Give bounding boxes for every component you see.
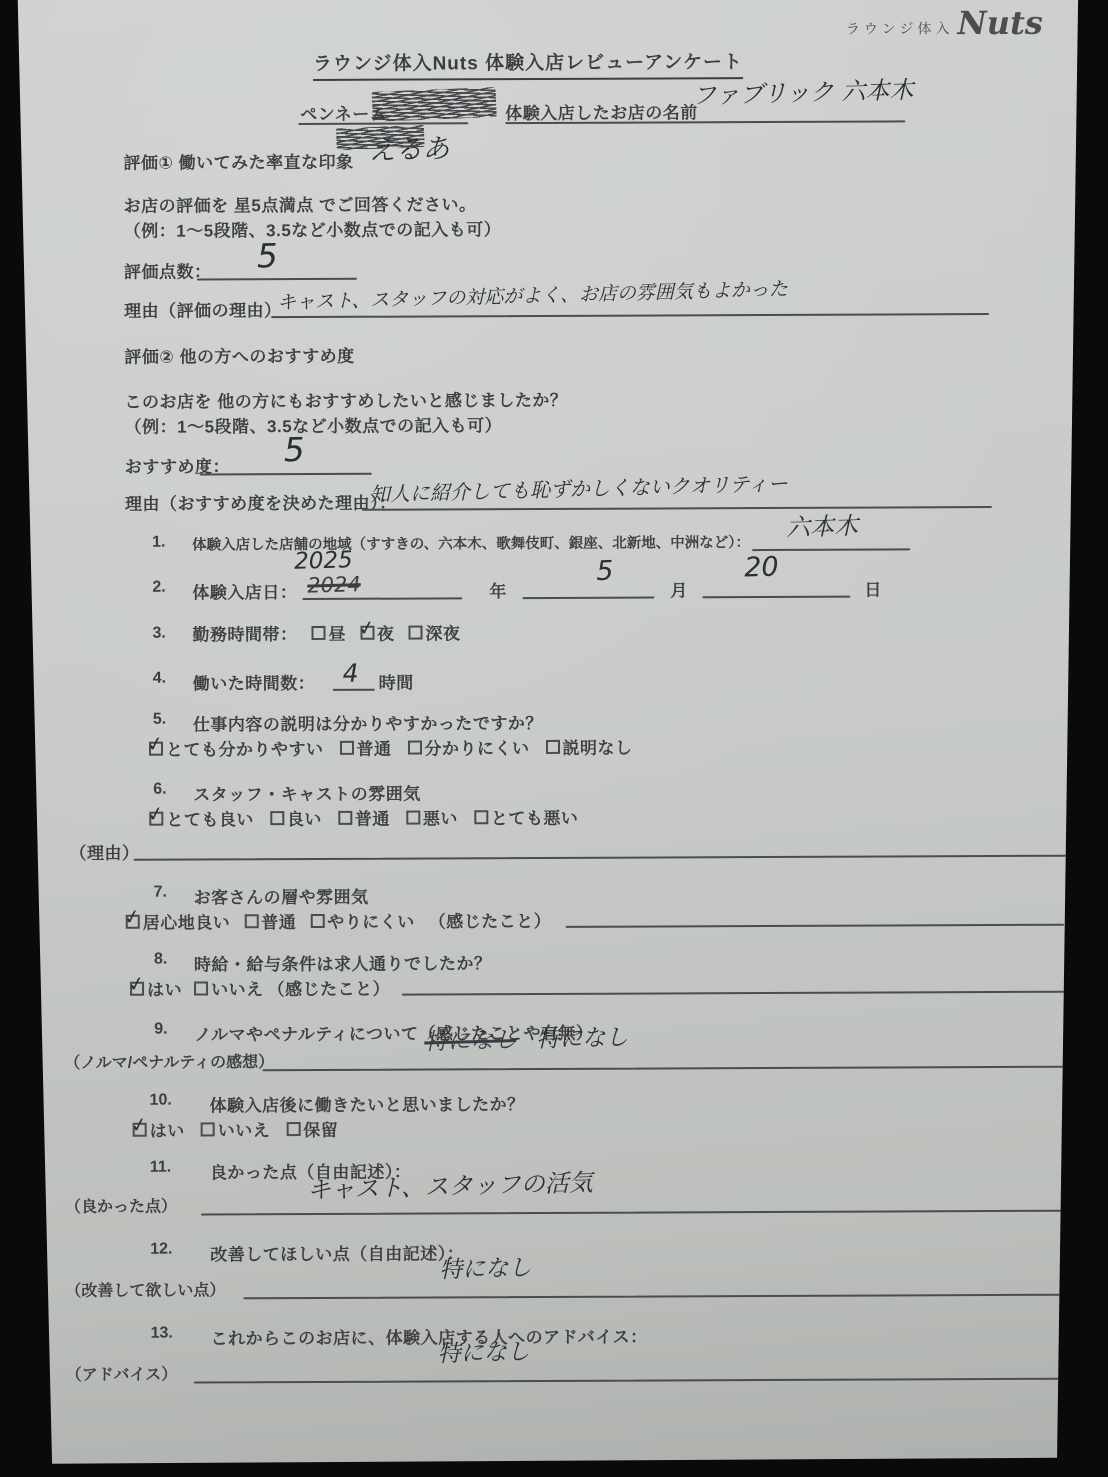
q6-option-1: ✓ 良い bbox=[270, 805, 322, 830]
checkbox-icon: ✓ bbox=[130, 981, 144, 995]
q2-year-handwriting: 2025 bbox=[294, 549, 353, 574]
q6-option-2: ✓ 普通 bbox=[338, 805, 390, 830]
q12-answer-handwriting: 特になし bbox=[439, 1257, 532, 1282]
store-name-line bbox=[505, 120, 905, 124]
q9-crossed-answer-handwriting: 特になし bbox=[424, 1029, 517, 1054]
q5-number: 5. bbox=[153, 711, 166, 729]
q10-options-row: ✓ はい ✓ いいえ ✓ 保留 bbox=[133, 1116, 339, 1142]
option-label: いいえ bbox=[218, 1116, 271, 1141]
q8-free-label: （感じたこと） bbox=[267, 975, 390, 1001]
q5-text: 仕事内容の説明は分かりやすかったですか？ bbox=[193, 709, 543, 736]
checkbox-icon: ✓ bbox=[311, 625, 325, 639]
option-label: 分かりにくい bbox=[424, 734, 529, 759]
checkmark-icon: ✓ bbox=[356, 614, 377, 642]
checkbox-icon: ✓ bbox=[406, 810, 420, 824]
q6-option-0: ✓ とても良い bbox=[149, 805, 254, 830]
q1-answer-handwriting: 六本木 bbox=[786, 514, 859, 540]
option-label: いいえ bbox=[211, 975, 264, 1000]
q13-text: これからこのお店に、体験入店する人へのアドバイス： bbox=[211, 1323, 648, 1350]
q12-text: 改善してほしい点（自由記述）： bbox=[210, 1239, 464, 1265]
q13-answer-line bbox=[194, 1378, 1106, 1384]
checkbox-icon: ✓ bbox=[474, 810, 488, 824]
q1-number: 1. bbox=[152, 534, 165, 552]
checkbox-icon: ✓ bbox=[270, 811, 284, 825]
q2-month-line bbox=[522, 596, 654, 599]
nuts-logo: ラウンジ体入 Nuts bbox=[846, 4, 1043, 43]
store-name-handwriting: ファブリック 六本木 bbox=[692, 78, 914, 108]
checkbox-icon: ✓ bbox=[149, 811, 163, 825]
reason2-label: 理由（おすすめ度を決めた理由）： bbox=[125, 489, 397, 515]
q8-options-row: ✓ はい ✓ いいえ （感じたこと） bbox=[130, 972, 1068, 1001]
checkbox-icon: ✓ bbox=[126, 914, 140, 928]
q3-option-night: ✓ 夜 bbox=[360, 620, 395, 645]
reason1-label: 理由（評価の理由） bbox=[124, 296, 282, 322]
option-label: 悪い bbox=[423, 804, 458, 829]
q12-answer-line bbox=[243, 1294, 1105, 1300]
q7-options-row: ✓ 居心地良い ✓ 普通 ✓ やりにくい （感じたこと） bbox=[126, 905, 1064, 934]
checkbox-icon: ✓ bbox=[360, 625, 374, 639]
option-label: 良い bbox=[287, 805, 322, 830]
option-label: 昼 bbox=[328, 620, 346, 645]
reason2-line bbox=[362, 506, 992, 511]
q13-number: 13. bbox=[151, 1325, 173, 1343]
option-label: 普通 bbox=[356, 735, 391, 760]
rating1-note: （例：1～5段階、3.5など小数点での記入も可） bbox=[124, 215, 502, 242]
option-label: とても分かりやすい bbox=[166, 735, 324, 761]
q9-text: ノルマやペナルティについて（感じたことや有無） bbox=[194, 1019, 593, 1046]
option-label: はい bbox=[147, 976, 182, 1001]
checkbox-icon: ✓ bbox=[201, 1122, 215, 1136]
q5-option-3: ✓ 説明なし bbox=[545, 734, 632, 759]
q13-answer-handwriting: 特になし bbox=[437, 1341, 530, 1366]
q7-free-line bbox=[565, 909, 1064, 927]
q7-option-0: ✓ 居心地良い bbox=[126, 908, 231, 933]
reason2-handwriting: 知人に紹介しても恥ずかしくないクオリティー bbox=[370, 473, 788, 504]
checkbox-icon: ✓ bbox=[407, 740, 421, 754]
q13-free-label: （アドバイス） bbox=[66, 1362, 178, 1385]
checkbox-icon: ✓ bbox=[338, 810, 352, 824]
q10-option-0: ✓ はい bbox=[133, 1117, 185, 1142]
q3-option-latenight: ✓ 深夜 bbox=[408, 619, 460, 644]
reason1-handwriting: キャスト、スタッフの対応がよく、お店の雰囲気もよかった bbox=[277, 280, 788, 313]
q2-month-handwriting: 5 bbox=[596, 557, 614, 584]
q8-text: 時給・給与条件は求人通りでしたか？ bbox=[194, 949, 492, 975]
logo-brand: Nuts bbox=[957, 4, 1042, 42]
form-title: ラウンジ体入Nuts 体験入店レビューアンケート bbox=[313, 47, 743, 81]
q3-option-day: ✓ 昼 bbox=[311, 620, 346, 645]
checkbox-icon: ✓ bbox=[339, 740, 353, 754]
q4-number: 4. bbox=[153, 670, 166, 688]
q6-options-row: ✓ とても良い ✓ 良い ✓ 普通 ✓ 悪い ✓ とても悪い bbox=[149, 804, 578, 831]
q4-answer-handwriting: 4 bbox=[342, 661, 359, 686]
checkmark-icon: ✓ bbox=[126, 970, 147, 998]
option-label: 普通 bbox=[261, 908, 296, 933]
q8-number: 8. bbox=[154, 951, 167, 969]
q6-option-4: ✓ とても悪い bbox=[474, 804, 579, 829]
q6-option-3: ✓ 悪い bbox=[406, 804, 458, 829]
q10-number: 10. bbox=[150, 1092, 172, 1110]
option-label: 説明なし bbox=[562, 734, 632, 759]
q8-option-1: ✓ いいえ bbox=[194, 975, 264, 1000]
checkmark-icon: ✓ bbox=[145, 730, 166, 758]
q7-text: お客さんの層や雰囲気 bbox=[194, 883, 369, 909]
recommend-line bbox=[200, 473, 372, 476]
survey-content: ラウンジ体入 Nuts ラウンジ体入Nuts 体験入店レビューアンケート ペンネ… bbox=[0, 0, 1108, 1477]
option-label: 夜 bbox=[377, 620, 395, 645]
option-label: とても良い bbox=[166, 805, 254, 830]
q2-day-line bbox=[702, 596, 850, 599]
checkbox-icon: ✓ bbox=[408, 625, 422, 639]
q6-reason-label: （理由） bbox=[69, 839, 139, 864]
q4-text: 働いた時間数： bbox=[193, 669, 316, 695]
rating1-instruction: お店の評価を 星5点満点 でご回答ください。 bbox=[124, 190, 477, 217]
checkbox-icon: ✓ bbox=[244, 914, 258, 928]
q7-number: 7. bbox=[154, 884, 167, 902]
q2-day-handwriting: 20 bbox=[744, 554, 779, 582]
option-label: 普通 bbox=[355, 805, 390, 830]
q10-option-1: ✓ いいえ bbox=[201, 1116, 271, 1141]
q5-option-1: ✓ 普通 bbox=[339, 735, 391, 760]
q8-option-0: ✓ はい bbox=[130, 976, 182, 1001]
q9-answer-handwriting: 特になし bbox=[536, 1027, 629, 1052]
checkbox-icon: ✓ bbox=[133, 1122, 147, 1136]
q9-number: 9. bbox=[154, 1021, 167, 1039]
q4-line bbox=[333, 689, 375, 691]
survey-paper-photo: ラウンジ体入 Nuts ラウンジ体入Nuts 体験入店レビューアンケート ペンネ… bbox=[0, 0, 1108, 1477]
q2-year-suffix: 年 bbox=[489, 577, 507, 602]
checkbox-icon: ✓ bbox=[545, 739, 559, 753]
q2-crossed-year-handwriting: 2024 bbox=[307, 574, 361, 596]
rating1-impression-handwriting: えるあ bbox=[368, 135, 450, 164]
q3-number: 3. bbox=[152, 625, 165, 643]
rating1-heading: 評価① 働いてみた率直な印象 bbox=[123, 148, 353, 174]
recommend-handwriting: 5 bbox=[283, 433, 305, 467]
q11-number: 11. bbox=[150, 1159, 171, 1177]
q8-free-line bbox=[402, 976, 1068, 995]
option-label: 深夜 bbox=[425, 619, 460, 644]
pen-name-scribble bbox=[372, 87, 497, 122]
option-label: とても悪い bbox=[491, 804, 579, 829]
q2-number: 2. bbox=[152, 579, 165, 597]
option-label: 居心地良い bbox=[143, 908, 231, 933]
checkmark-icon: ✓ bbox=[122, 903, 143, 931]
q7-free-label: （感じたこと） bbox=[429, 907, 552, 933]
q5-option-2: ✓ 分かりにくい bbox=[407, 734, 529, 760]
q3-text: 勤務時間帯： bbox=[192, 620, 297, 645]
q3-options-row: 勤務時間帯： ✓ 昼 ✓ 夜 ✓ 深夜 bbox=[192, 619, 460, 645]
q2-day-suffix: 日 bbox=[864, 576, 882, 601]
checkmark-icon: ✓ bbox=[145, 800, 166, 828]
checkbox-icon: ✓ bbox=[149, 741, 163, 755]
q4-suffix: 時間 bbox=[379, 669, 414, 694]
q7-option-1: ✓ 普通 bbox=[244, 908, 296, 933]
q11-answer-handwriting: キャスト、スタッフの活気 bbox=[307, 1171, 593, 1203]
q2-text: 体験入店日： bbox=[192, 578, 297, 603]
score-line bbox=[197, 278, 357, 281]
option-label: はい bbox=[150, 1117, 185, 1142]
option-label: 保留 bbox=[303, 1116, 338, 1141]
q6-reason-line bbox=[133, 855, 1093, 861]
q6-number: 6. bbox=[153, 781, 166, 799]
q12-free-label: （改善して欲しい点） bbox=[65, 1277, 225, 1301]
q5-options-row: ✓ とても分かりやすい ✓ 普通 ✓ 分かりにくい ✓ 説明なし bbox=[149, 734, 633, 761]
pen-name-line bbox=[298, 122, 468, 125]
q6-text: スタッフ・キャストの雰囲気 bbox=[193, 780, 421, 806]
rating2-heading: 評価② 他の方へのおすすめ度 bbox=[124, 342, 354, 368]
rating2-note: （例：1～5段階、3.5など小数点での記入も可） bbox=[125, 411, 503, 438]
checkbox-icon: ✓ bbox=[310, 913, 324, 927]
q10-text: 体験入店後に働きたいと思いましたか？ bbox=[210, 1090, 525, 1116]
q9-answer-line bbox=[262, 1066, 1104, 1072]
q2-year-line bbox=[302, 597, 462, 600]
q9-free-label: （ノルマ/ペナルティの感想） bbox=[64, 1049, 274, 1073]
q10-option-2: ✓ 保留 bbox=[286, 1116, 338, 1141]
rating2-question: このお店を 他の方にもおすすめしたいと感じましたか？ bbox=[124, 386, 567, 413]
logo-prefix: ラウンジ体入 bbox=[846, 18, 954, 38]
checkbox-icon: ✓ bbox=[286, 1122, 300, 1136]
checkbox-icon: ✓ bbox=[194, 981, 208, 995]
checkmark-icon: ✓ bbox=[129, 1111, 150, 1139]
reason1-line bbox=[271, 313, 989, 318]
q7-option-2: ✓ やりにくい bbox=[310, 908, 415, 933]
q11-free-label: （良かった点） bbox=[65, 1194, 177, 1217]
q11-answer-line bbox=[201, 1210, 1105, 1216]
q12-number: 12. bbox=[150, 1241, 172, 1259]
q2-month-suffix: 月 bbox=[670, 576, 688, 601]
store-name-label: 体験入店したお店の名前 bbox=[505, 98, 698, 124]
q5-option-0: ✓ とても分かりやすい bbox=[149, 735, 324, 761]
q1-text: 体験入店した店舗の地域（すすきの、六本木、歌舞伎町、銀座、北新地、中洲など）： bbox=[192, 531, 750, 554]
score-handwriting: 5 bbox=[256, 239, 278, 273]
option-label: やりにくい bbox=[327, 908, 415, 933]
